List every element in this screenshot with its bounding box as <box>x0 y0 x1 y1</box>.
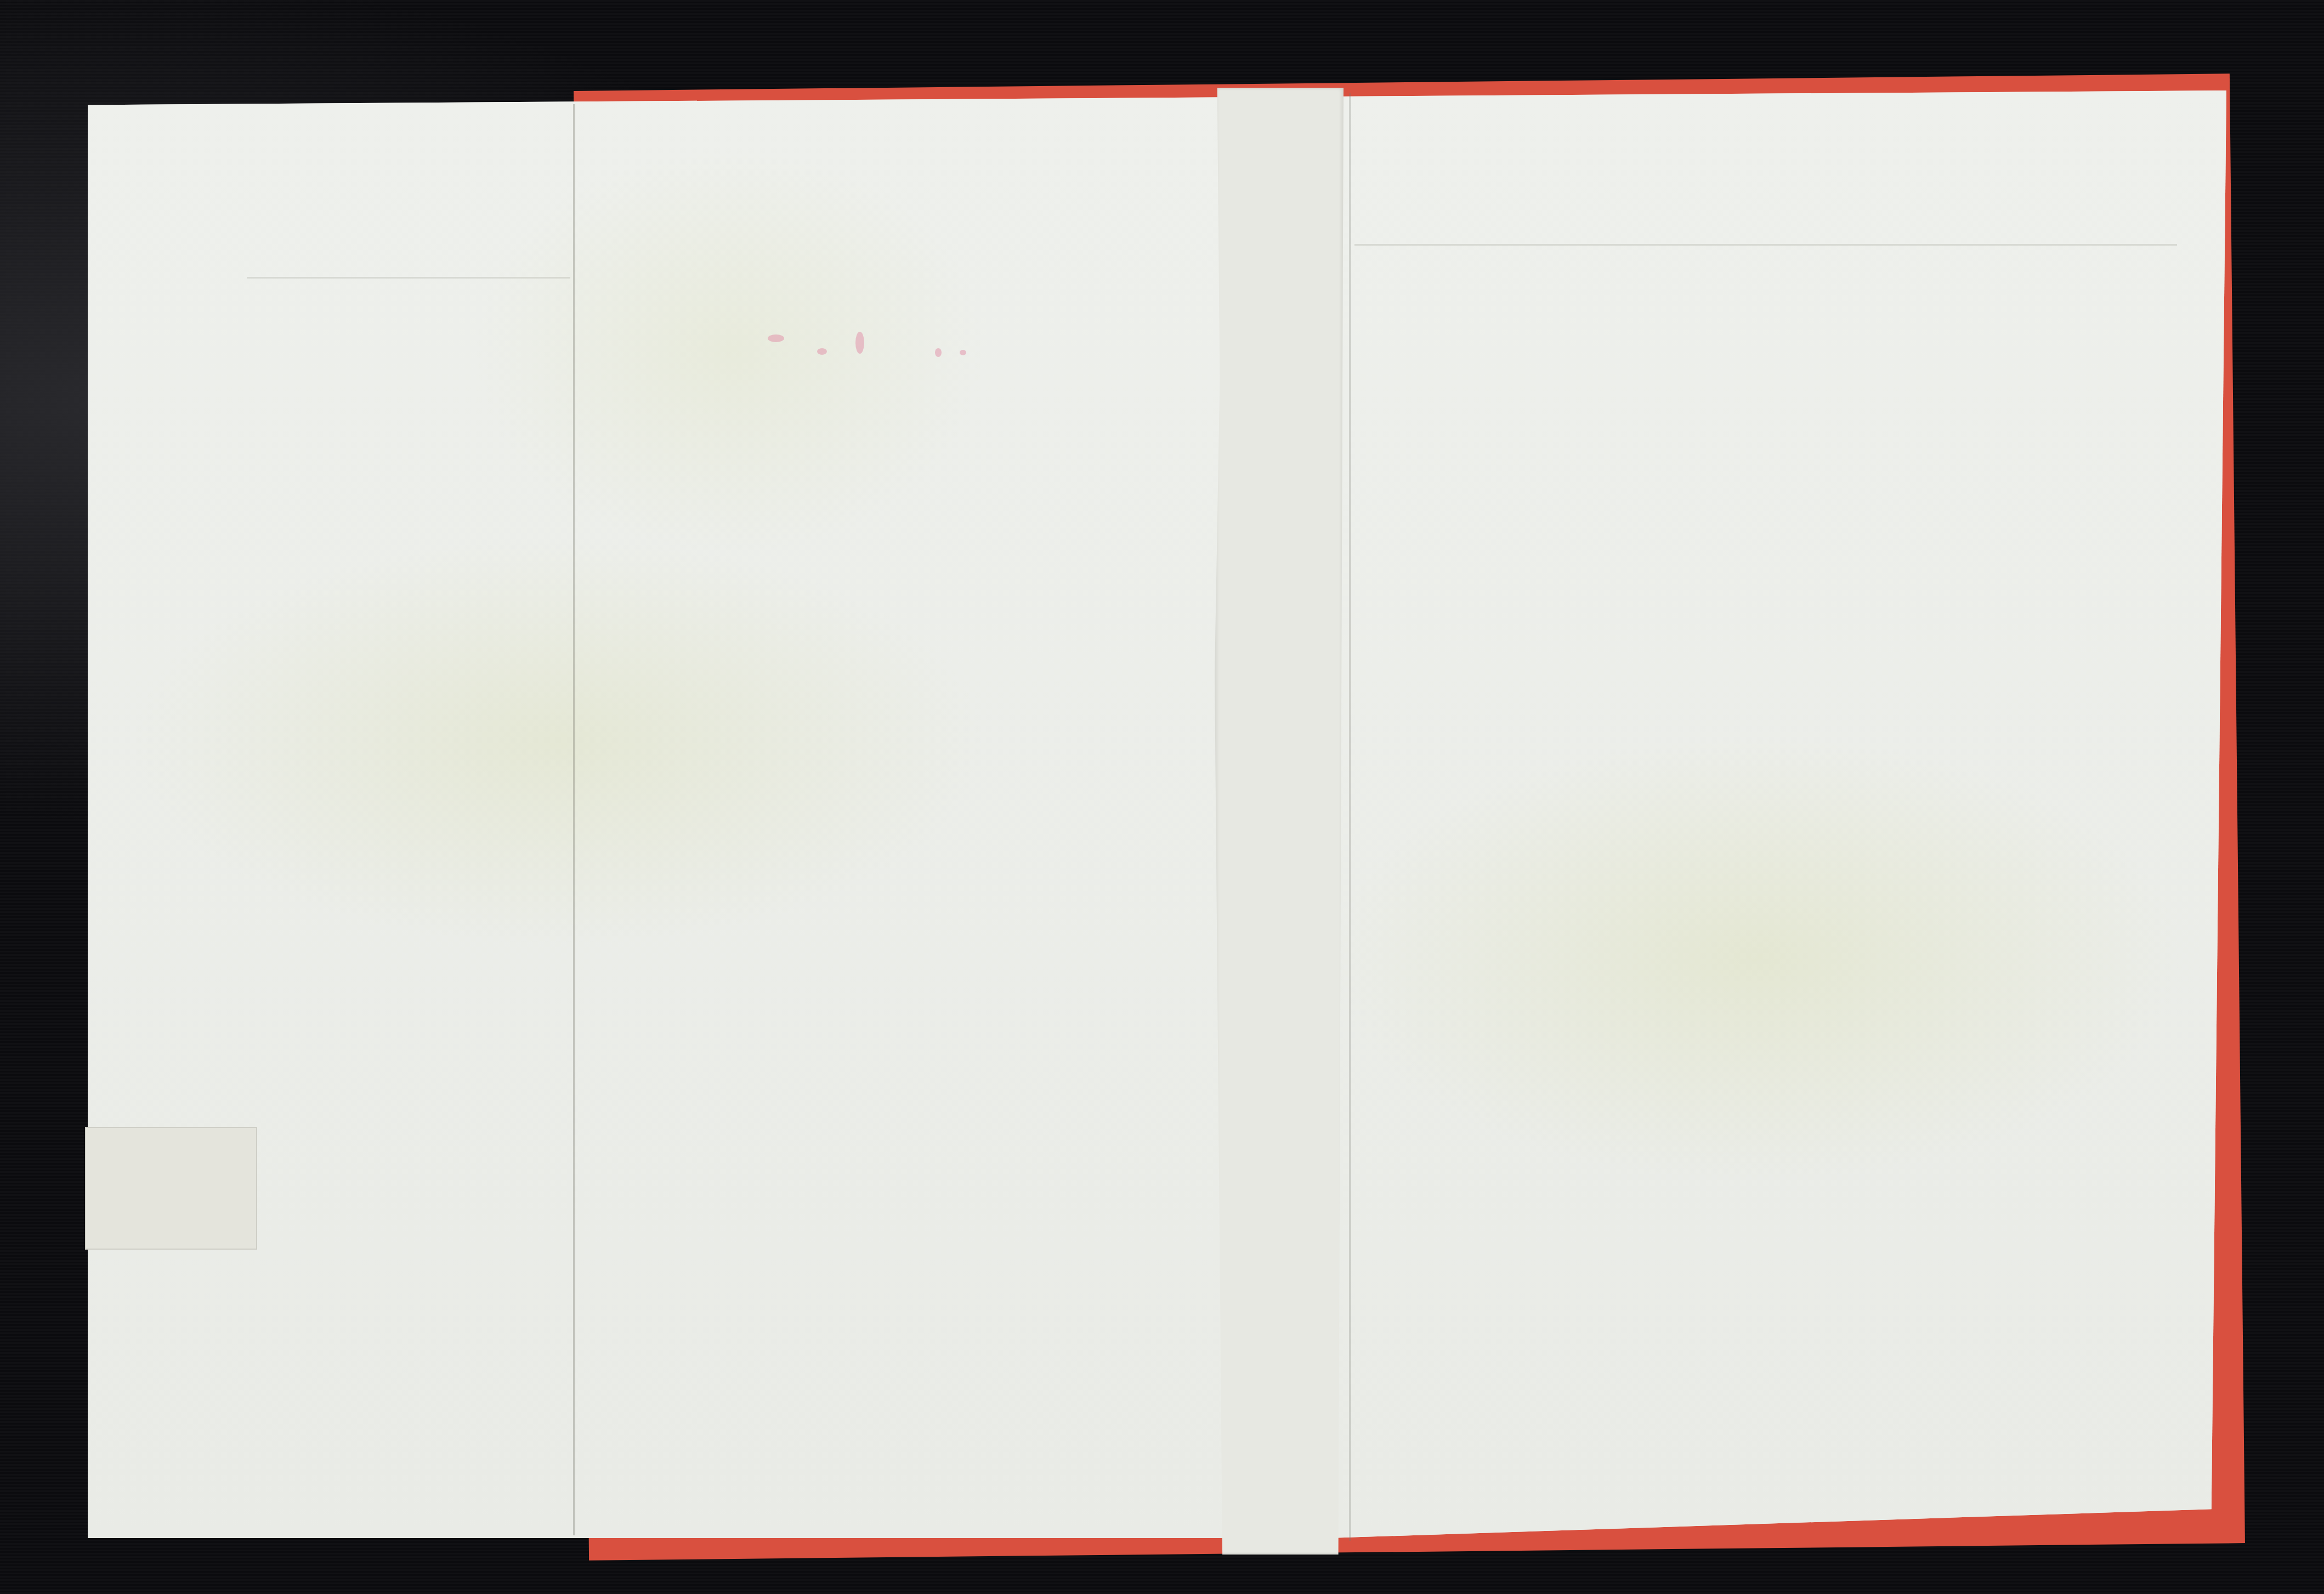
pink-mark <box>768 334 784 342</box>
pink-mark <box>855 332 864 354</box>
repair-strip <box>1215 88 1344 1555</box>
pink-mark <box>817 348 827 355</box>
pink-mark <box>960 350 966 355</box>
pink-mark <box>935 348 942 357</box>
top-crease-right <box>1354 244 2177 246</box>
paper-sheet <box>88 90 2226 1538</box>
strip-edge-line <box>1349 93 1351 1541</box>
paper-hinge <box>85 1127 257 1250</box>
fold-line-left <box>573 104 575 1535</box>
top-crease-left <box>247 277 570 279</box>
